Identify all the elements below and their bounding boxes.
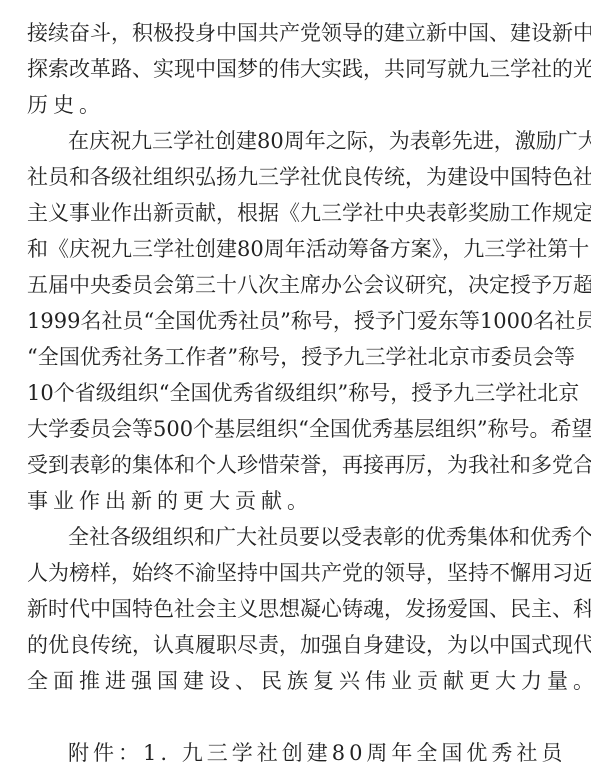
paragraph-2-line-1: 在庆祝九三学社创建80周年之际，为表彰先进，激励广大	[27, 123, 575, 159]
paragraph-3-line-4: 的优良传统，认真履职尽责，加强自身建设，为以中国式现代化	[27, 627, 575, 663]
paragraph-1-line-1: 接续奋斗，积极投身中国共产党领导的建立新中国、建设新中国、	[27, 15, 575, 51]
paragraph-3-line-5: 全面推进强国建设、民族复兴伟业贡献更大力量。	[27, 663, 575, 699]
document-page: 接续奋斗，积极投身中国共产党领导的建立新中国、建设新中国、 探索改革路、实现中国…	[27, 15, 575, 771]
paragraph-2-line-4: 和《庆祝九三学社创建80周年活动筹备方案》，九三学社第十	[27, 231, 575, 267]
paragraph-2-line-10: 受到表彰的集体和个人珍惜荣誉，再接再厉，为我社和多党合作	[27, 447, 575, 483]
paragraph-3-line-1: 全社各级组织和广大社员要以受表彰的优秀集体和优秀个	[27, 519, 575, 555]
paragraph-3-line-2: 人为榜样，始终不渝坚持中国共产党的领导，坚持不懈用习近平	[27, 555, 575, 591]
paragraph-2-line-11: 事业作出新的更大贡献。	[27, 483, 575, 519]
paragraph-2-line-3: 主义事业作出新贡献，根据《九三学社中央表彰奖励工作规定》	[27, 195, 575, 231]
paragraph-2-line-2: 社员和各级社组织弘扬九三学社优良传统，为建设中国特色社会	[27, 159, 575, 195]
paragraph-2-line-7: “全国优秀社务工作者”称号，授予九三学社北京市委员会等	[27, 339, 575, 375]
paragraph-1-line-2: 探索改革路、实现中国梦的伟大实践，共同写就九三学社的光荣	[27, 51, 575, 87]
blank-line	[27, 699, 575, 735]
attachment-line: 附件：1. 九三学社创建80周年全国优秀社员	[27, 735, 575, 771]
paragraph-2-line-8: 10个省级组织“全国优秀省级组织”称号，授予九三学社北京	[27, 375, 575, 411]
paragraph-2-line-5: 五届中央委员会第三十八次主席办公会议研究，决定授予万超等	[27, 267, 575, 303]
paragraph-1-line-3: 历史。	[27, 87, 575, 123]
paragraph-2-line-6: 1999名社员“全国优秀社员”称号，授予门爱东等1000名社员	[27, 303, 575, 339]
paragraph-3-line-3: 新时代中国特色社会主义思想凝心铸魂，发扬爱国、民主、科学	[27, 591, 575, 627]
paragraph-2-line-9: 大学委员会等500个基层组织“全国优秀基层组织”称号。希望	[27, 411, 575, 447]
